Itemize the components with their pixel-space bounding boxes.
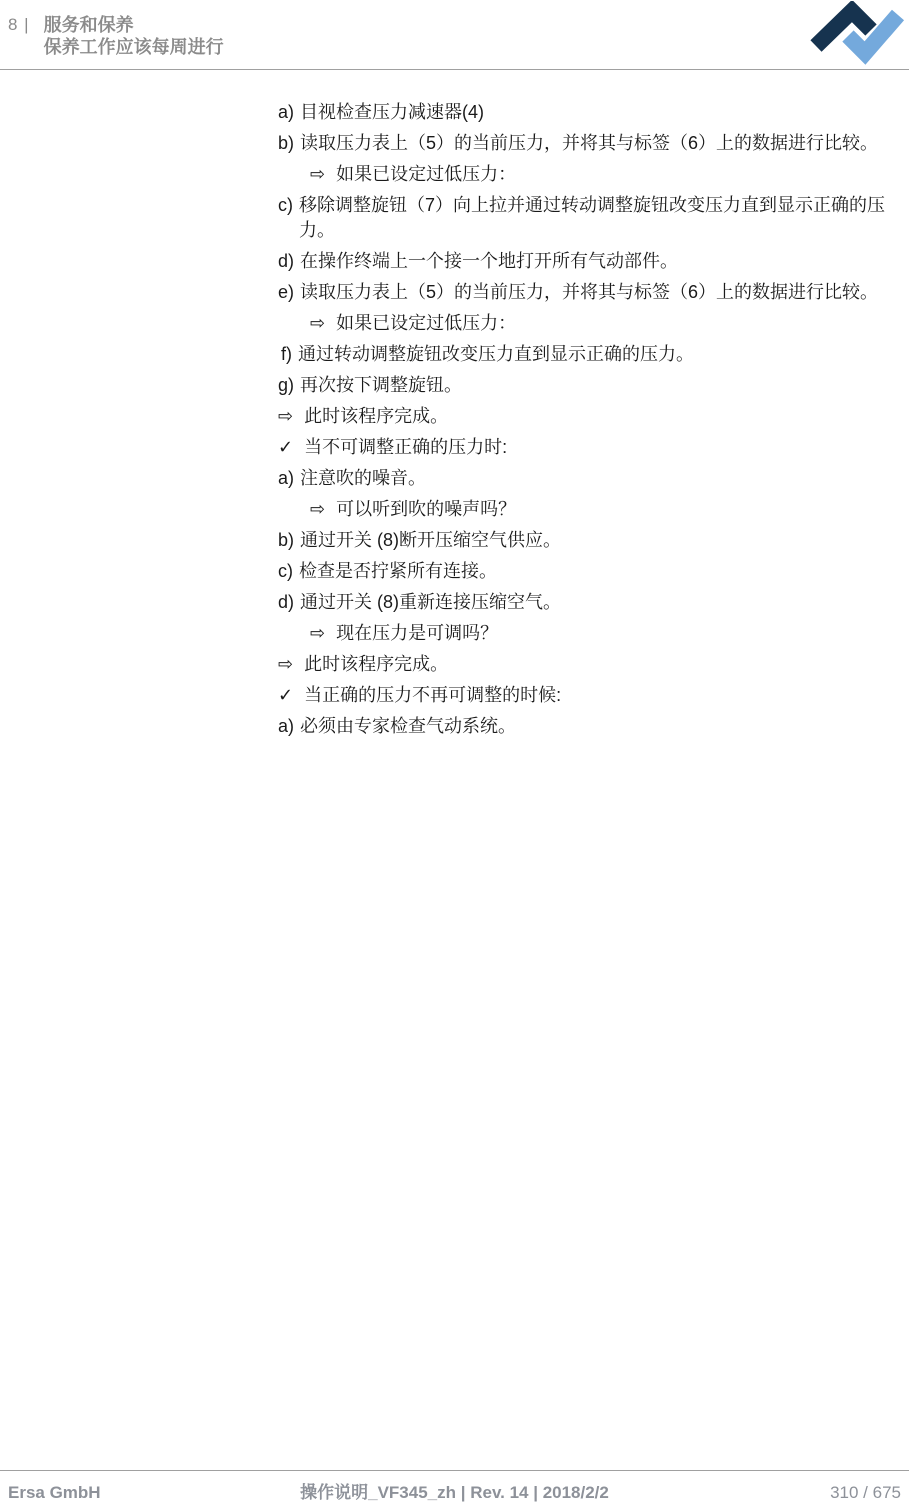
footer-document-info: 操作说明_VF345_zh | Rev. 14 | 2018/2/2 [0, 1482, 909, 1504]
instruction-item-step: a) 必须由专家检查气动系统。 [278, 714, 903, 739]
instruction-item-result: ⇨ 此时该程序完成。 [278, 652, 903, 677]
item-text: 如果已设定过低压力： [336, 162, 903, 187]
instruction-item-step: a) 目视检查压力减速器(4) [278, 100, 903, 125]
item-text: 可以听到吹的噪声吗？ [336, 497, 903, 522]
item-marker: ✓ [278, 435, 304, 460]
instruction-item-result: ⇨ 此时该程序完成。 [278, 404, 903, 429]
instruction-item-sub-result: ⇨ 现在压力是可调吗？ [310, 621, 903, 646]
instruction-item-step: b) 读取压力表上（5）的当前压力，并将其与标签（6）上的数据进行比较。 [278, 131, 903, 156]
item-text: 必须由专家检查气动系统。 [300, 714, 903, 739]
item-marker: ✓ [278, 683, 304, 708]
item-text: 检查是否拧紧所有连接。 [299, 559, 903, 584]
header-heading: 8 | 服务和保养 保养工作应该每周进行 [8, 14, 224, 58]
page-header: 8 | 服务和保养 保养工作应该每周进行 [0, 0, 909, 70]
item-marker: d) [278, 590, 300, 615]
item-marker: e) [278, 280, 300, 305]
item-marker: b) [278, 528, 300, 553]
item-text: 在操作终端上一个接一个地打开所有气动部件。 [300, 249, 903, 274]
item-marker: f) [278, 342, 298, 367]
instruction-list: a) 目视检查压力减速器(4) b) 读取压力表上（5）的当前压力，并将其与标签… [278, 100, 903, 745]
item-text: 读取压力表上（5）的当前压力，并将其与标签（6）上的数据进行比较。 [300, 280, 903, 305]
instruction-item-step: f) 通过转动调整旋钮改变压力直到显示正确的压力。 [278, 342, 903, 367]
instruction-item-condition: ✓ 当不可调整正确的压力时: [278, 435, 903, 460]
page-footer: Ersa GmbH 操作说明_VF345_zh | Rev. 14 | 2018… [0, 1470, 909, 1504]
item-text: 读取压力表上（5）的当前压力，并将其与标签（6）上的数据进行比较。 [300, 131, 903, 156]
section-title: 保养工作应该每周进行 [44, 36, 224, 58]
item-text: 此时该程序完成。 [304, 404, 903, 429]
item-marker: ⇨ [278, 404, 304, 429]
item-text: 通过转动调整旋钮改变压力直到显示正确的压力。 [298, 342, 903, 367]
item-marker: ⇨ [278, 652, 304, 677]
instruction-item-step: e) 读取压力表上（5）的当前压力，并将其与标签（6）上的数据进行比较。 [278, 280, 903, 305]
item-text: 再次按下调整旋钮。 [300, 373, 903, 398]
instruction-item-condition: ✓ 当正确的压力不再可调整的时候: [278, 683, 903, 708]
instruction-item-step: c) 移除调整旋钮（7）向上拉并通过转动调整旋钮改变压力直到显示正确的压力。 [278, 193, 903, 243]
instruction-item-step: d) 通过开关 (8)重新连接压缩空气。 [278, 590, 903, 615]
item-marker: c) [278, 193, 299, 218]
item-marker: a) [278, 714, 300, 739]
item-marker: c) [278, 559, 299, 584]
item-marker: ⇨ [310, 311, 336, 336]
instruction-item-sub-result: ⇨ 如果已设定过低压力： [310, 162, 903, 187]
item-marker: a) [278, 100, 300, 125]
ersa-logo-icon [807, 1, 907, 65]
instruction-item-step: g) 再次按下调整旋钮。 [278, 373, 903, 398]
item-marker: g) [278, 373, 300, 398]
chapter-number: 8 | [8, 14, 30, 36]
item-marker: ⇨ [310, 497, 336, 522]
item-text: 目视检查压力减速器(4) [300, 100, 903, 125]
item-text: 通过开关 (8)断开压缩空气供应。 [300, 528, 903, 553]
item-text: 如果已设定过低压力： [336, 311, 903, 336]
item-marker: ⇨ [310, 621, 336, 646]
instruction-item-sub-result: ⇨ 如果已设定过低压力： [310, 311, 903, 336]
chapter-title: 服务和保养 [44, 14, 224, 36]
item-text: 注意吹的噪音。 [300, 466, 903, 491]
item-text: 移除调整旋钮（7）向上拉并通过转动调整旋钮改变压力直到显示正确的压力。 [299, 193, 903, 243]
item-marker: b) [278, 131, 300, 156]
header-titles: 服务和保养 保养工作应该每周进行 [44, 14, 224, 58]
item-marker: d) [278, 249, 300, 274]
item-text: 此时该程序完成。 [304, 652, 903, 677]
manual-page: 8 | 服务和保养 保养工作应该每周进行 a) 目视检查压力减速器(4) b) … [0, 0, 909, 1509]
item-text: 通过开关 (8)重新连接压缩空气。 [300, 590, 903, 615]
instruction-item-step: a) 注意吹的噪音。 [278, 466, 903, 491]
instruction-item-step: d) 在操作终端上一个接一个地打开所有气动部件。 [278, 249, 903, 274]
instruction-item-step: c) 检查是否拧紧所有连接。 [278, 559, 903, 584]
footer-page-number: 310 / 675 [830, 1482, 901, 1504]
instruction-item-sub-result: ⇨ 可以听到吹的噪声吗？ [310, 497, 903, 522]
item-marker: a) [278, 466, 300, 491]
item-text: 现在压力是可调吗？ [336, 621, 903, 646]
item-text: 当不可调整正确的压力时: [304, 435, 903, 460]
instruction-item-step: b) 通过开关 (8)断开压缩空气供应。 [278, 528, 903, 553]
item-marker: ⇨ [310, 162, 336, 187]
footer-row: Ersa GmbH 操作说明_VF345_zh | Rev. 14 | 2018… [0, 1482, 909, 1504]
item-text: 当正确的压力不再可调整的时候: [304, 683, 903, 708]
